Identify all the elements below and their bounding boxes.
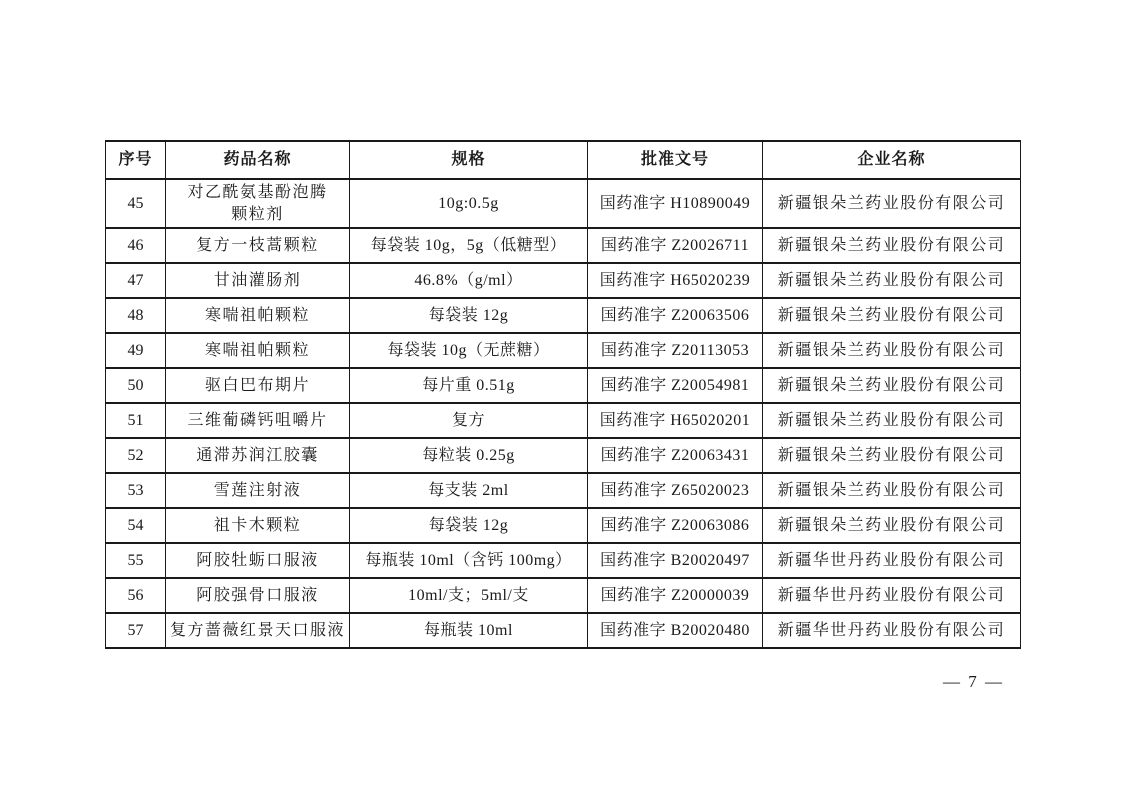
cell-serial-number: 54 bbox=[106, 508, 166, 543]
cell-specification: 每袋装 10g，5g（低糖型） bbox=[350, 228, 588, 263]
cell-drug-name: 阿胶牡蛎口服液 bbox=[166, 543, 350, 578]
cell-drug-name: 祖卡木颗粒 bbox=[166, 508, 350, 543]
cell-specification: 10g:0.5g bbox=[350, 179, 588, 228]
cell-approval-number: 国药准字 H65020239 bbox=[588, 263, 763, 298]
cell-drug-name: 雪莲注射液 bbox=[166, 473, 350, 508]
cell-approval-number: 国药准字 B20020497 bbox=[588, 543, 763, 578]
table-row: 46 复方一枝蒿颗粒 每袋装 10g，5g（低糖型） 国药准字 Z2002671… bbox=[106, 228, 1021, 263]
cell-approval-number: 国药准字 Z20054981 bbox=[588, 368, 763, 403]
cell-specification: 每片重 0.51g bbox=[350, 368, 588, 403]
cell-approval-number: 国药准字 Z20063506 bbox=[588, 298, 763, 333]
cell-specification: 每支装 2ml bbox=[350, 473, 588, 508]
cell-company-name: 新疆银朵兰药业股份有限公司 bbox=[763, 263, 1021, 298]
cell-serial-number: 50 bbox=[106, 368, 166, 403]
table-row: 56 阿胶强骨口服液 10ml/支；5ml/支 国药准字 Z20000039 新… bbox=[106, 578, 1021, 613]
cell-serial-number: 47 bbox=[106, 263, 166, 298]
cell-drug-name: 阿胶强骨口服液 bbox=[166, 578, 350, 613]
cell-approval-number: 国药准字 Z20000039 bbox=[588, 578, 763, 613]
cell-specification: 复方 bbox=[350, 403, 588, 438]
header-specification: 规格 bbox=[350, 141, 588, 179]
cell-company-name: 新疆华世丹药业股份有限公司 bbox=[763, 613, 1021, 648]
cell-approval-number: 国药准字 Z20113053 bbox=[588, 333, 763, 368]
table-row: 49 寒喘祖帕颗粒 每袋装 10g（无蔗糖） 国药准字 Z20113053 新疆… bbox=[106, 333, 1021, 368]
table-row: 50 驱白巴布期片 每片重 0.51g 国药准字 Z20054981 新疆银朵兰… bbox=[106, 368, 1021, 403]
cell-approval-number: 国药准字 H65020201 bbox=[588, 403, 763, 438]
cell-company-name: 新疆银朵兰药业股份有限公司 bbox=[763, 179, 1021, 228]
cell-approval-number: 国药准字 B20020480 bbox=[588, 613, 763, 648]
cell-company-name: 新疆银朵兰药业股份有限公司 bbox=[763, 333, 1021, 368]
cell-approval-number: 国药准字 Z20063431 bbox=[588, 438, 763, 473]
page-number: — 7 — bbox=[943, 672, 1004, 692]
cell-company-name: 新疆银朵兰药业股份有限公司 bbox=[763, 368, 1021, 403]
header-serial-number: 序号 bbox=[106, 141, 166, 179]
table-row: 57 复方蔷薇红景天口服液 每瓶装 10ml 国药准字 B20020480 新疆… bbox=[106, 613, 1021, 648]
cell-company-name: 新疆华世丹药业股份有限公司 bbox=[763, 578, 1021, 613]
table-row: 51 三维葡磷钙咀嚼片 复方 国药准字 H65020201 新疆银朵兰药业股份有… bbox=[106, 403, 1021, 438]
cell-specification: 每瓶装 10ml（含钙 100mg） bbox=[350, 543, 588, 578]
cell-company-name: 新疆银朵兰药业股份有限公司 bbox=[763, 298, 1021, 333]
table-row: 54 祖卡木颗粒 每袋装 12g 国药准字 Z20063086 新疆银朵兰药业股… bbox=[106, 508, 1021, 543]
cell-drug-name: 复方蔷薇红景天口服液 bbox=[166, 613, 350, 648]
cell-drug-name: 寒喘祖帕颗粒 bbox=[166, 298, 350, 333]
cell-serial-number: 46 bbox=[106, 228, 166, 263]
header-drug-name: 药品名称 bbox=[166, 141, 350, 179]
cell-serial-number: 52 bbox=[106, 438, 166, 473]
document-page: 序号 药品名称 规格 批准文号 企业名称 45 对乙酰氨基酚泡腾 颗粒剂 10g… bbox=[0, 0, 1122, 793]
cell-serial-number: 57 bbox=[106, 613, 166, 648]
table-row: 52 通滞苏润江胶囊 每粒装 0.25g 国药准字 Z20063431 新疆银朵… bbox=[106, 438, 1021, 473]
cell-serial-number: 56 bbox=[106, 578, 166, 613]
cell-approval-number: 国药准字 Z20026711 bbox=[588, 228, 763, 263]
cell-company-name: 新疆华世丹药业股份有限公司 bbox=[763, 543, 1021, 578]
cell-drug-name: 寒喘祖帕颗粒 bbox=[166, 333, 350, 368]
table-row: 47 甘油灌肠剂 46.8%（g/ml） 国药准字 H65020239 新疆银朵… bbox=[106, 263, 1021, 298]
table-row: 45 对乙酰氨基酚泡腾 颗粒剂 10g:0.5g 国药准字 H10890049 … bbox=[106, 179, 1021, 228]
cell-serial-number: 53 bbox=[106, 473, 166, 508]
cell-approval-number: 国药准字 Z20063086 bbox=[588, 508, 763, 543]
table-body: 45 对乙酰氨基酚泡腾 颗粒剂 10g:0.5g 国药准字 H10890049 … bbox=[106, 179, 1021, 648]
cell-serial-number: 45 bbox=[106, 179, 166, 228]
cell-specification: 每袋装 12g bbox=[350, 508, 588, 543]
cell-drug-name: 通滞苏润江胶囊 bbox=[166, 438, 350, 473]
cell-serial-number: 48 bbox=[106, 298, 166, 333]
header-company-name: 企业名称 bbox=[763, 141, 1021, 179]
cell-approval-number: 国药准字 H10890049 bbox=[588, 179, 763, 228]
cell-company-name: 新疆银朵兰药业股份有限公司 bbox=[763, 438, 1021, 473]
cell-specification: 每袋装 10g（无蔗糖） bbox=[350, 333, 588, 368]
cell-specification: 10ml/支；5ml/支 bbox=[350, 578, 588, 613]
table-row: 48 寒喘祖帕颗粒 每袋装 12g 国药准字 Z20063506 新疆银朵兰药业… bbox=[106, 298, 1021, 333]
cell-drug-name: 驱白巴布期片 bbox=[166, 368, 350, 403]
cell-serial-number: 51 bbox=[106, 403, 166, 438]
table-header-row: 序号 药品名称 规格 批准文号 企业名称 bbox=[106, 141, 1021, 179]
cell-approval-number: 国药准字 Z65020023 bbox=[588, 473, 763, 508]
table-header: 序号 药品名称 规格 批准文号 企业名称 bbox=[106, 141, 1021, 179]
cell-company-name: 新疆银朵兰药业股份有限公司 bbox=[763, 403, 1021, 438]
header-approval-number: 批准文号 bbox=[588, 141, 763, 179]
drug-approval-table: 序号 药品名称 规格 批准文号 企业名称 45 对乙酰氨基酚泡腾 颗粒剂 10g… bbox=[105, 140, 1021, 649]
cell-specification: 46.8%（g/ml） bbox=[350, 263, 588, 298]
cell-specification: 每瓶装 10ml bbox=[350, 613, 588, 648]
cell-drug-name: 复方一枝蒿颗粒 bbox=[166, 228, 350, 263]
cell-company-name: 新疆银朵兰药业股份有限公司 bbox=[763, 228, 1021, 263]
table-row: 53 雪莲注射液 每支装 2ml 国药准字 Z65020023 新疆银朵兰药业股… bbox=[106, 473, 1021, 508]
cell-company-name: 新疆银朵兰药业股份有限公司 bbox=[763, 508, 1021, 543]
cell-specification: 每袋装 12g bbox=[350, 298, 588, 333]
cell-drug-name: 对乙酰氨基酚泡腾 颗粒剂 bbox=[166, 179, 350, 228]
cell-company-name: 新疆银朵兰药业股份有限公司 bbox=[763, 473, 1021, 508]
table-row: 55 阿胶牡蛎口服液 每瓶装 10ml（含钙 100mg） 国药准字 B2002… bbox=[106, 543, 1021, 578]
cell-specification: 每粒装 0.25g bbox=[350, 438, 588, 473]
cell-serial-number: 49 bbox=[106, 333, 166, 368]
cell-drug-name: 三维葡磷钙咀嚼片 bbox=[166, 403, 350, 438]
cell-serial-number: 55 bbox=[106, 543, 166, 578]
cell-drug-name: 甘油灌肠剂 bbox=[166, 263, 350, 298]
